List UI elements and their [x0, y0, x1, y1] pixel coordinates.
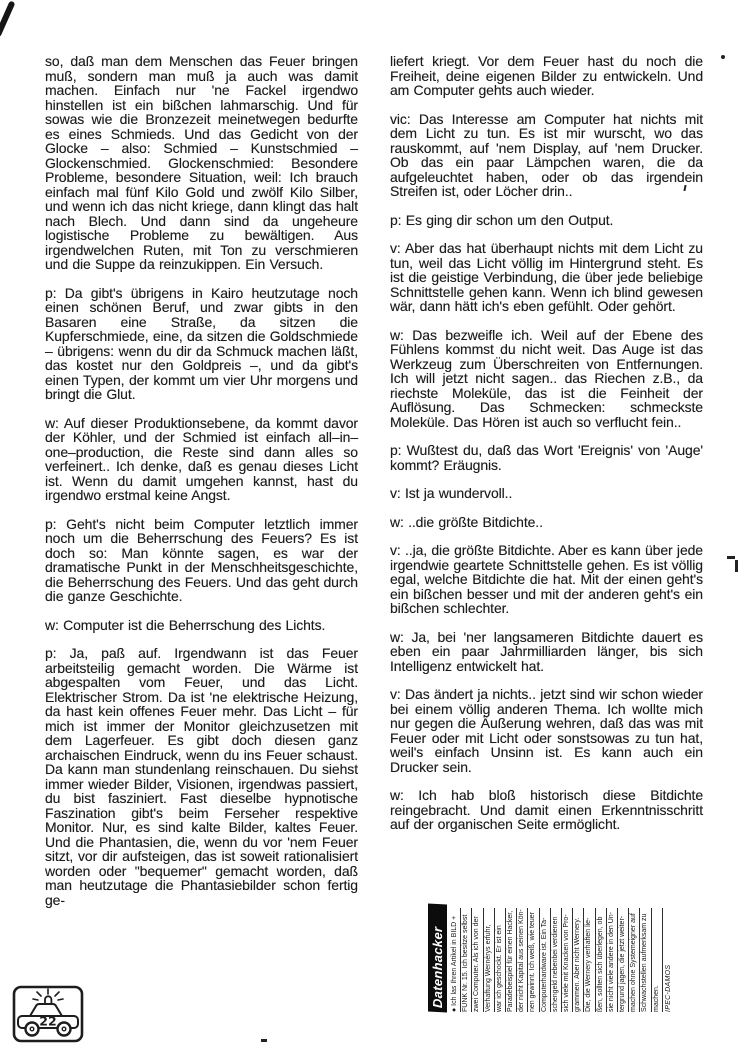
letter-line: machen.	[652, 908, 663, 1012]
article-column-right: liefert kriegt. Vor dem Feuer hast du no…	[390, 54, 703, 846]
page-number-marker: 22	[12, 985, 86, 1045]
paragraph: p: Es ging dir schon um den Output.	[390, 213, 703, 228]
letter-line: Verhaftung Wernérys erfuhr,	[484, 908, 495, 1012]
letter-line: Schwachstellen aufmerksam zu	[640, 908, 651, 1012]
paragraph: w: Ich hab bloß historisch diese Bitdich…	[390, 788, 703, 832]
letter-title: Datenhacker	[428, 904, 447, 1013]
letter-line: schengeld nebenbei verdienen	[551, 908, 562, 1012]
letter-line: grammen. Aber nicht Wernery.	[573, 908, 584, 1012]
paragraph: liefert kriegt. Vor dem Feuer hast du no…	[390, 54, 703, 98]
letter-body: ● Ich las Ihren Artikel in BILD +FUNK Nr…	[450, 908, 663, 1012]
letter-line: machen ohne Systemeigner auf	[629, 908, 640, 1012]
paragraph: w: ..die größte Bitdichte..	[390, 515, 703, 530]
paragraph: p: Geht's nicht beim Computer letztlich …	[45, 517, 358, 604]
reader-letter-rotated: Datenhacker ● Ich las Ihren Artikel in B…	[428, 902, 682, 1012]
police-car-icon: 22	[12, 985, 86, 1045]
page-number: 22	[39, 1014, 56, 1029]
article-column-left: so, daß man dem Menschen das Feuer bring…	[45, 54, 358, 921]
paragraph: w: Computer ist die Beherrschung des Lic…	[45, 618, 358, 633]
scan-speck	[727, 556, 735, 559]
rear-wheel	[26, 1023, 39, 1036]
scan-speck	[721, 55, 725, 59]
paragraph: w: Ja, bei 'ner langsameren Bitdichte da…	[390, 630, 703, 674]
paragraph: p: Wußtest du, daß das Wort 'Ereignis' v…	[390, 443, 703, 472]
paragraph: w: Das bezweifle ich. Weil auf der Ebene…	[390, 328, 703, 430]
paragraph: v: ..ja, die größte Bitdichte. Aber es k…	[390, 543, 703, 616]
letter-line: Die, die Wernery verhaften lie-	[584, 908, 595, 1012]
paragraph: v: Das ändert ja nichts.. jetzt sind wir…	[390, 687, 703, 774]
scan-speck	[261, 1039, 267, 1042]
pen-stroke-artifact	[0, 0, 15, 37]
paragraph: so, daß man dem Menschen das Feuer bring…	[45, 54, 358, 272]
paragraph: p: Ja, paß auf. Irgendwann ist das Feuer…	[45, 646, 358, 907]
letter-line: FUNK Nr. 15. Ich besitze selbst	[461, 908, 472, 1012]
paragraph: v: Aber das hat überhaupt nichts mit dem…	[390, 241, 703, 314]
letter-line: nen gewinnt. Ich weiß, wie teuer	[528, 908, 539, 1012]
paragraph: w: Auf dieser Produktionsebene, da kommt…	[45, 416, 358, 503]
letter-line: der nicht Kapital aus seinen Kön-	[517, 908, 528, 1012]
letter-line: Paradebeispiel für einen Hacker,	[506, 908, 517, 1012]
letter-line: ● Ich las Ihren Artikel in BILD +	[450, 908, 461, 1012]
letter-line: war ich geschockt. Er ist ein	[495, 908, 506, 1012]
paragraph: vic: Das Interesse am Computer hat nicht…	[390, 112, 703, 199]
letter-line: ßen, sollten sich überlegen, ob	[596, 908, 607, 1012]
reader-letter-content: Datenhacker ● Ich las Ihren Artikel in B…	[428, 902, 682, 1012]
letter-signature: IPEC-DAMOS	[663, 902, 674, 1012]
paragraph: v: Ist ja wundervoll..	[390, 486, 703, 501]
paragraph: p: Da gibt's übrigens in Kairo heutzutag…	[45, 286, 358, 402]
letter-line: tergrund jagen, die jetzt weiter-	[618, 908, 629, 1012]
scanned-magazine-page: so, daß man dem Menschen das Feuer bring…	[0, 0, 750, 1050]
letter-line: Computerhardware ist. Ein Ta-	[540, 908, 551, 1012]
letter-line: sie nicht viele andere in den Un-	[607, 908, 618, 1012]
letter-line: zwei Computer. Als ich von der	[472, 908, 483, 1012]
scan-speck	[735, 560, 738, 572]
front-wheel	[58, 1023, 71, 1036]
letter-line: sich viele mit Knacken von Pro-	[562, 908, 573, 1012]
